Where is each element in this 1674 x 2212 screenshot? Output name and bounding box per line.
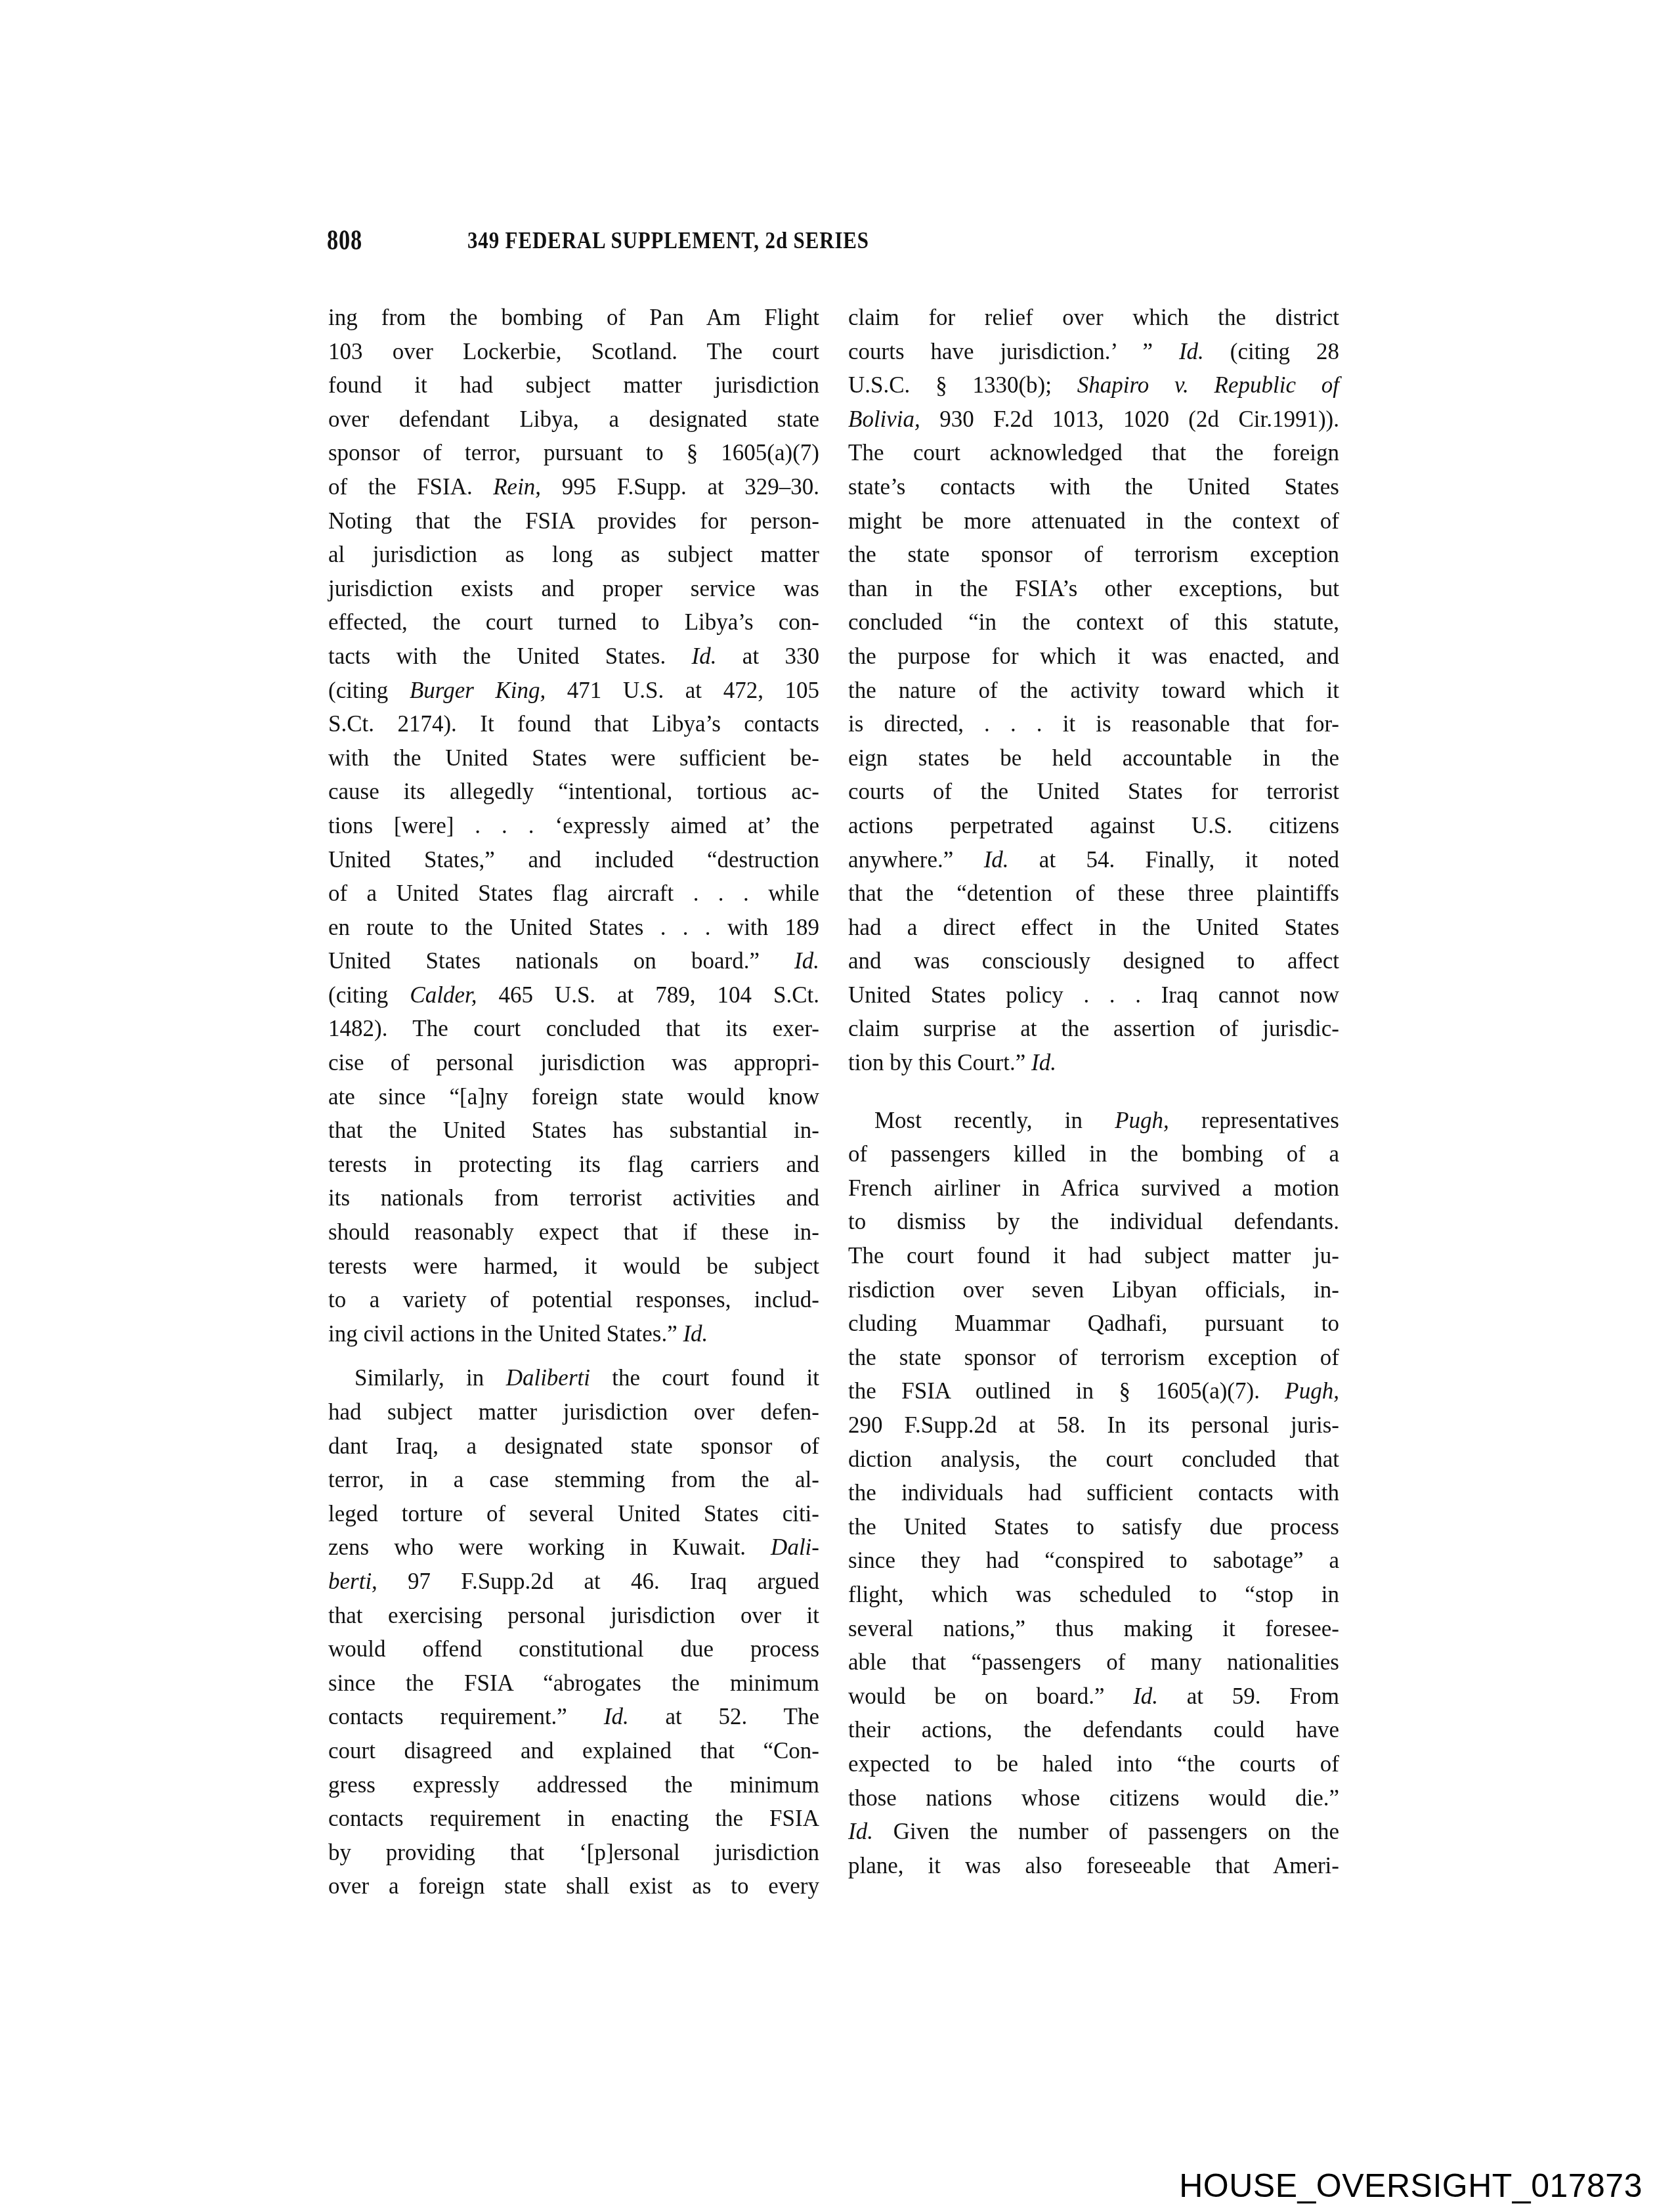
text-line: the FSIA outlined in § 1605(a)(7). Pugh, — [848, 1374, 1339, 1408]
text-segment: eign states be held accountable in the — [848, 745, 1339, 771]
text-line: to dismiss by the individual defendants. — [848, 1205, 1339, 1239]
text-line: court disagreed and explained that “Con- — [328, 1734, 819, 1768]
citation-italic: Calder, — [410, 982, 477, 1008]
text-segment: United States policy . . . Iraq cannot n… — [848, 982, 1339, 1008]
text-segment: the individuals had sufficient contacts … — [848, 1480, 1339, 1506]
citation-italic: Id. — [1031, 1050, 1056, 1075]
text-line: (citing Burger King, 471 U.S. at 472, 10… — [328, 674, 819, 708]
text-line: of a United States flag aircraft . . . w… — [328, 877, 819, 911]
text-segment: the United States to satisfy due process — [848, 1514, 1339, 1540]
text-segment: United States nationals on board.” — [328, 948, 794, 974]
text-line: over defendant Libya, a designated state — [328, 402, 819, 437]
text-segment: should reasonably expect that if these i… — [328, 1219, 819, 1245]
text-segment: ing from the bombing of Pan Am Flight — [328, 305, 819, 330]
text-segment: al jurisdiction as long as subject matte… — [328, 542, 819, 567]
text-line: berti, 97 F.Supp.2d at 46. Iraq argued — [328, 1565, 819, 1599]
text-segment: contacts requirement in enacting the FSI… — [328, 1806, 819, 1831]
text-line: The court acknowledged that the foreign — [848, 436, 1339, 470]
text-segment: to a variety of potential responses, inc… — [328, 1287, 819, 1312]
text-segment: the FSIA outlined in § 1605(a)(7). — [848, 1378, 1285, 1404]
text-line: claim surprise at the assertion of juris… — [848, 1012, 1339, 1046]
text-line: plane, it was also foreseeable that Amer… — [848, 1849, 1339, 1883]
text-line: contacts requirement in enacting the FSI… — [328, 1802, 819, 1836]
citation-italic: Id. — [604, 1704, 629, 1729]
text-segment: flight, which was scheduled to “stop in — [848, 1582, 1339, 1607]
text-line: dant Iraq, a designated state sponsor of — [328, 1429, 819, 1464]
text-segment: leged torture of several United States c… — [328, 1501, 819, 1527]
text-segment: the purpose for which it was enacted, an… — [848, 643, 1339, 669]
text-segment: the nature of the activity toward which … — [848, 678, 1339, 703]
text-line: of passengers killed in the bombing of a — [848, 1137, 1339, 1171]
running-head: 349 FEDERAL SUPPLEMENT, 2d SERIES — [467, 227, 869, 254]
text-line: and was consciously designed to affect — [848, 944, 1339, 978]
text-segment: since they had “conspired to sabotage” a — [848, 1548, 1339, 1573]
text-segment: U.S.C. § 1330(b); — [848, 372, 1077, 398]
text-line: the purpose for which it was enacted, an… — [848, 640, 1339, 674]
citation-italic: Shapiro v. Republic of — [1077, 372, 1339, 398]
text-line: to a variety of potential responses, inc… — [328, 1283, 819, 1317]
text-segment: over defendant Libya, a designated state — [328, 406, 819, 432]
citation-italic: Id. — [984, 847, 1009, 873]
text-segment: its nationals from terrorist activities … — [328, 1185, 819, 1211]
text-line: risdiction over seven Libyan officials, … — [848, 1273, 1339, 1307]
text-line: tion by this Court.” Id. — [848, 1046, 1339, 1080]
text-line: found it had subject matter jurisdiction — [328, 368, 819, 402]
text-line: 103 over Lockerbie, Scotland. The court — [328, 335, 819, 369]
text-segment: claim for relief over which the district — [848, 305, 1339, 330]
text-line: since they had “conspired to sabotage” a — [848, 1544, 1339, 1578]
text-line: sponsor of terror, pursuant to § 1605(a)… — [328, 436, 819, 470]
text-line: zens who were working in Kuwait. Dali- — [328, 1530, 819, 1565]
text-line: the state sponsor of terrorism exception… — [848, 1341, 1339, 1375]
text-segment: their actions, the defendants could have — [848, 1717, 1339, 1743]
text-line: Id. Given the number of passengers on th… — [848, 1815, 1339, 1849]
text-segment: en route to the United States . . . with… — [328, 915, 819, 940]
text-line: Similarly, in Daliberti the court found … — [328, 1361, 819, 1395]
text-line: Bolivia, 930 F.2d 1013, 1020 (2d Cir.199… — [848, 402, 1339, 437]
text-segment: cluding Muammar Qadhafi, pursuant to — [848, 1311, 1339, 1336]
text-line: Most recently, in Pugh, representatives — [848, 1104, 1339, 1138]
text-segment: United States,” and included “destructio… — [328, 847, 819, 873]
text-segment: at 52. The — [629, 1704, 819, 1729]
text-line: that exercising personal jurisdiction ov… — [328, 1599, 819, 1633]
text-line: eign states be held accountable in the — [848, 741, 1339, 775]
text-segment: had subject matter jurisdiction over def… — [328, 1399, 819, 1425]
text-line: ing from the bombing of Pan Am Flight — [328, 301, 819, 335]
text-line: tacts with the United States. Id. at 330 — [328, 640, 819, 674]
text-line: cause its allegedly “intentional, tortio… — [328, 775, 819, 809]
text-segment: effected, the court turned to Libya’s co… — [328, 609, 819, 635]
text-segment: Similarly, in — [354, 1365, 506, 1391]
text-segment: at 54. Finally, it noted — [1009, 847, 1339, 873]
text-line: claim for relief over which the district — [848, 301, 1339, 335]
citation-italic: Pugh, — [1115, 1108, 1169, 1133]
text-segment: actions perpetrated against U.S. citizen… — [848, 813, 1339, 838]
text-line: might be more attenuated in the context … — [848, 504, 1339, 538]
text-line: U.S.C. § 1330(b); Shapiro v. Republic of — [848, 368, 1339, 402]
text-segment: 465 U.S. at 789, 104 S.Ct. — [477, 982, 819, 1008]
text-segment: that the United States has substantial i… — [328, 1117, 819, 1143]
text-line: able that “passengers of many nationalit… — [848, 1645, 1339, 1680]
citation-italic: Dali- — [771, 1534, 819, 1560]
text-segment: terests in protecting its flag carriers … — [328, 1152, 819, 1177]
text-segment: able that “passengers of many nationalit… — [848, 1649, 1339, 1675]
text-segment: claim surprise at the assertion of juris… — [848, 1016, 1339, 1041]
text-line: S.Ct. 2174). It found that Libya’s conta… — [328, 707, 819, 741]
text-line: terests in protecting its flag carriers … — [328, 1148, 819, 1182]
text-segment: concluded “in the context of this statut… — [848, 609, 1339, 635]
text-segment: since the FSIA “abrogates the minimum — [328, 1670, 819, 1696]
text-segment: (citing 28 — [1204, 339, 1339, 364]
text-line: expected to be haled into “the courts of — [848, 1747, 1339, 1781]
text-segment: cise of personal jurisdiction was approp… — [328, 1050, 819, 1075]
text-line: 1482). The court concluded that its exer… — [328, 1012, 819, 1046]
text-segment: the state sponsor of terrorism exception — [848, 542, 1339, 567]
text-segment: cause its allegedly “intentional, tortio… — [328, 779, 819, 804]
text-line: United States policy . . . Iraq cannot n… — [848, 978, 1339, 1012]
text-line: would offend constitutional due process — [328, 1632, 819, 1666]
text-line: courts have jurisdiction.’ ” Id. (citing… — [848, 335, 1339, 369]
text-segment: the state sponsor of terrorism exception… — [848, 1345, 1339, 1370]
text-segment: S.Ct. 2174). It found that Libya’s conta… — [328, 711, 819, 737]
text-line: should reasonably expect that if these i… — [328, 1215, 819, 1249]
text-segment: Noting that the FSIA provides for person… — [328, 508, 819, 534]
paragraph-gap — [848, 1080, 1339, 1104]
citation-italic: Id. — [794, 948, 819, 974]
text-line: over a foreign state shall exist as to e… — [328, 1869, 819, 1903]
text-segment: over a foreign state shall exist as to e… — [328, 1873, 819, 1899]
text-line: leged torture of several United States c… — [328, 1497, 819, 1531]
text-segment: would offend constitutional due process — [328, 1636, 819, 1662]
text-segment: ing civil actions in the United States.” — [328, 1321, 683, 1347]
text-segment: risdiction over seven Libyan officials, … — [848, 1277, 1339, 1303]
citation-italic: Id. — [1179, 339, 1204, 364]
citation-italic: berti, — [328, 1569, 377, 1594]
text-segment: contacts requirement.” — [328, 1704, 604, 1729]
text-segment: courts of the United States for terroris… — [848, 779, 1339, 804]
text-column-right: claim for relief over which the district… — [848, 301, 1339, 1882]
text-line: actions perpetrated against U.S. citizen… — [848, 809, 1339, 843]
text-segment: 97 F.Supp.2d at 46. Iraq argued — [377, 1569, 819, 1594]
text-line: tions [were] . . . ‘expressly aimed at’ … — [328, 809, 819, 843]
text-line: its nationals from terrorist activities … — [328, 1181, 819, 1215]
text-segment: jurisdiction exists and proper service w… — [328, 576, 819, 601]
text-segment: of a United States flag aircraft . . . w… — [328, 880, 819, 906]
text-segment: at 59. From — [1158, 1683, 1339, 1709]
page-number: 808 — [327, 223, 362, 257]
text-line: jurisdiction exists and proper service w… — [328, 572, 819, 606]
paragraph-gap — [328, 1351, 819, 1361]
text-segment: The court acknowledged that the foreign — [848, 440, 1339, 466]
citation-italic: Daliberti — [506, 1365, 590, 1391]
text-line: by providing that ‘[p]ersonal jurisdicti… — [328, 1836, 819, 1870]
citation-italic: Id. — [848, 1819, 873, 1844]
text-segment: dant Iraq, a designated state sponsor of — [328, 1433, 819, 1459]
citation-italic: Pugh, — [1285, 1378, 1339, 1404]
text-line: terror, in a case stemming from the al- — [328, 1463, 819, 1497]
text-line: cise of personal jurisdiction was approp… — [328, 1046, 819, 1080]
text-line: cluding Muammar Qadhafi, pursuant to — [848, 1307, 1339, 1341]
text-segment: court disagreed and explained that “Con- — [328, 1738, 819, 1764]
text-line: the United States to satisfy due process — [848, 1510, 1339, 1544]
citation-italic: Bolivia, — [848, 406, 920, 432]
text-segment: that the “detention of these three plain… — [848, 880, 1339, 906]
text-segment: gress expressly addressed the minimum — [328, 1772, 819, 1798]
text-segment: terests were harmed, it would be subject — [328, 1253, 819, 1279]
text-segment: of the FSIA. — [328, 474, 493, 500]
text-segment: might be more attenuated in the context … — [848, 508, 1339, 534]
text-segment: the court found it — [590, 1365, 819, 1391]
text-line: ing civil actions in the United States.”… — [328, 1317, 819, 1351]
text-line: that the United States has substantial i… — [328, 1114, 819, 1148]
text-segment: plane, it was also foreseeable that Amer… — [848, 1853, 1339, 1878]
text-segment: 471 U.S. at 472, 105 — [546, 678, 819, 703]
text-segment: of passengers killed in the bombing of a — [848, 1141, 1339, 1167]
text-line: United States nationals on board.” Id. — [328, 944, 819, 978]
text-line: the individuals had sufficient contacts … — [848, 1476, 1339, 1510]
text-line: (citing Calder, 465 U.S. at 789, 104 S.C… — [328, 978, 819, 1012]
text-segment: is directed, . . . it is reasonable that… — [848, 711, 1339, 737]
text-line: The court found it had subject matter ju… — [848, 1239, 1339, 1273]
text-segment: 930 F.2d 1013, 1020 (2d Cir.1991)). — [920, 406, 1339, 432]
text-segment: French airliner in Africa survived a mot… — [848, 1175, 1339, 1201]
text-line: flight, which was scheduled to “stop in — [848, 1578, 1339, 1612]
text-segment: Given the number of passengers on the — [873, 1819, 1339, 1844]
text-line: diction analysis, the court concluded th… — [848, 1442, 1339, 1477]
text-line: courts of the United States for terroris… — [848, 775, 1339, 809]
text-line: had subject matter jurisdiction over def… — [328, 1395, 819, 1429]
text-column-left: ing from the bombing of Pan Am Flight103… — [328, 301, 819, 1903]
text-segment: ate since “[a]ny foreign state would kno… — [328, 1084, 819, 1110]
text-segment: by providing that ‘[p]ersonal jurisdicti… — [328, 1840, 819, 1865]
text-segment: at 330 — [717, 643, 820, 669]
text-line: ate since “[a]ny foreign state would kno… — [328, 1080, 819, 1114]
text-segment: sponsor of terror, pursuant to § 1605(a)… — [328, 440, 819, 466]
text-line: would be on board.” Id. at 59. From — [848, 1680, 1339, 1714]
text-line: en route to the United States . . . with… — [328, 911, 819, 945]
text-segment: terror, in a case stemming from the al- — [328, 1467, 819, 1492]
text-line: effected, the court turned to Libya’s co… — [328, 605, 819, 640]
text-segment: to dismiss by the individual defendants. — [848, 1209, 1339, 1234]
text-line: those nations whose citizens would die.” — [848, 1781, 1339, 1815]
text-segment: and was consciously designed to affect — [848, 948, 1339, 974]
text-segment: those nations whose citizens would die.” — [848, 1785, 1339, 1811]
text-line: of the FSIA. Rein, 995 F.Supp. at 329–30… — [328, 470, 819, 504]
text-segment: that exercising personal jurisdiction ov… — [328, 1603, 819, 1628]
text-line: anywhere.” Id. at 54. Finally, it noted — [848, 843, 1339, 877]
text-line: French airliner in Africa survived a mot… — [848, 1171, 1339, 1205]
text-segment: state’s contacts with the United States — [848, 474, 1339, 500]
text-line: state’s contacts with the United States — [848, 470, 1339, 504]
text-line: several nations,” thus making it foresee… — [848, 1612, 1339, 1646]
text-line: terests were harmed, it would be subject — [328, 1249, 819, 1284]
text-line: had a direct effect in the United States — [848, 911, 1339, 945]
text-segment: The court found it had subject matter ju… — [848, 1243, 1339, 1269]
text-segment: 290 F.Supp.2d at 58. In its personal jur… — [848, 1412, 1339, 1438]
text-segment: several nations,” thus making it foresee… — [848, 1616, 1339, 1641]
text-line: concluded “in the context of this statut… — [848, 605, 1339, 640]
text-line: is directed, . . . it is reasonable that… — [848, 707, 1339, 741]
text-line: contacts requirement.” Id. at 52. The — [328, 1700, 819, 1734]
text-segment: had a direct effect in the United States — [848, 915, 1339, 940]
text-segment: with the United States were sufficient b… — [328, 745, 819, 771]
citation-italic: Id. — [683, 1321, 708, 1347]
citation-italic: Burger King, — [410, 678, 546, 703]
text-segment: found it had subject matter jurisdiction — [328, 372, 819, 398]
text-segment: representatives — [1169, 1108, 1339, 1133]
text-segment: Most recently, in — [874, 1108, 1115, 1133]
text-line: 290 F.Supp.2d at 58. In its personal jur… — [848, 1408, 1339, 1442]
text-line: the nature of the activity toward which … — [848, 674, 1339, 708]
text-line: the state sponsor of terrorism exception — [848, 538, 1339, 572]
text-segment: (citing — [328, 678, 410, 703]
text-segment: courts have jurisdiction.’ ” — [848, 339, 1179, 364]
text-segment: tion by this Court.” — [848, 1050, 1031, 1075]
text-line: United States,” and included “destructio… — [328, 843, 819, 877]
text-segment: 103 over Lockerbie, Scotland. The court — [328, 339, 819, 364]
text-segment: tacts with the United States. — [328, 643, 692, 669]
text-segment: than in the FSIA’s other exceptions, but — [848, 576, 1339, 601]
citation-italic: Id. — [1133, 1683, 1158, 1709]
text-segment: would be on board.” — [848, 1683, 1133, 1709]
text-line: their actions, the defendants could have — [848, 1713, 1339, 1747]
text-segment: (citing — [328, 982, 410, 1008]
text-segment: 1482). The court concluded that its exer… — [328, 1016, 819, 1041]
text-segment: anywhere.” — [848, 847, 984, 873]
text-line: that the “detention of these three plain… — [848, 877, 1339, 911]
text-segment: expected to be haled into “the courts of — [848, 1751, 1339, 1777]
text-line: al jurisdiction as long as subject matte… — [328, 538, 819, 572]
text-segment: diction analysis, the court concluded th… — [848, 1446, 1339, 1472]
bates-number: HOUSE_OVERSIGHT_017873 — [1179, 2167, 1642, 2205]
text-line: since the FSIA “abrogates the minimum — [328, 1666, 819, 1701]
text-line: with the United States were sufficient b… — [328, 741, 819, 775]
text-line: Noting that the FSIA provides for person… — [328, 504, 819, 538]
text-segment: zens who were working in Kuwait. — [328, 1534, 771, 1560]
text-line: gress expressly addressed the minimum — [328, 1768, 819, 1802]
text-segment: tions [were] . . . ‘expressly aimed at’ … — [328, 813, 819, 838]
citation-italic: Rein, — [493, 474, 541, 500]
text-segment: 995 F.Supp. at 329–30. — [541, 474, 819, 500]
text-line: than in the FSIA’s other exceptions, but — [848, 572, 1339, 606]
citation-italic: Id. — [692, 643, 717, 669]
